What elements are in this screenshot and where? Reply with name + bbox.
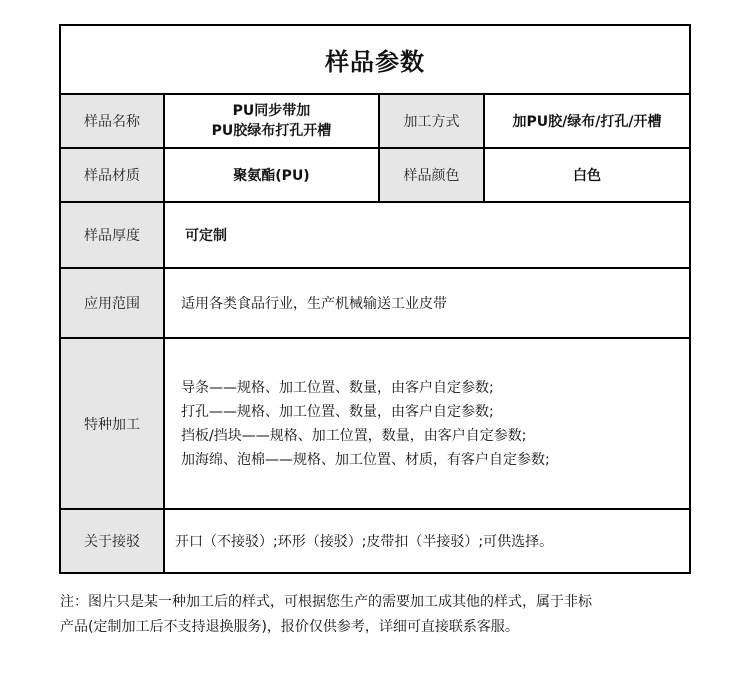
special-processing-line: 挡板/挡块——规格、加工位置，数量，由客户自定参数; — [181, 424, 526, 448]
value-sample-name-line2: PU胶绿布打孔开槽 — [212, 121, 332, 141]
table-title: 样品参数 — [61, 26, 689, 93]
divider — [163, 95, 165, 572]
value-sample-color: 白色 — [485, 149, 689, 201]
note-line2: 产品(定制加工后不支持退换服务)，报价仅供参考，详细可直接联系客服。 — [60, 615, 700, 640]
label-processing-method: 加工方式 — [380, 95, 483, 147]
sample-parameters-table: 样品参数 样品名称 PU同步带加 PU胶绿布打孔开槽 加工方式 加PU胶/绿布/… — [59, 24, 691, 574]
label-sample-thickness: 样品厚度 — [61, 203, 163, 267]
value-joint: 开口（不接驳）;环形（接驳）;皮带扣（半接驳）;可供选择。 — [165, 510, 689, 572]
label-sample-name: 样品名称 — [61, 95, 163, 147]
disclaimer-note: 注：图片只是某一种加工后的样式，可根据您生产的需要加工成其他的样式，属于非标 产… — [60, 590, 700, 640]
value-processing-method: 加PU胶/绿布/打孔/开槽 — [485, 95, 689, 147]
value-special-processing: 导条——规格、加工位置、数量，由客户自定参数; 打孔——规格、加工位置、数量，由… — [165, 339, 689, 508]
value-sample-thickness: 可定制 — [165, 203, 689, 267]
label-sample-material: 样品材质 — [61, 149, 163, 201]
special-processing-line: 打孔——规格、加工位置、数量，由客户自定参数; — [181, 400, 494, 424]
divider — [483, 95, 485, 201]
note-line1: 注：图片只是某一种加工后的样式，可根据您生产的需要加工成其他的样式，属于非标 — [60, 590, 700, 615]
label-application-scope: 应用范围 — [61, 269, 163, 337]
value-application-scope: 适用各类食品行业，生产机械输送工业皮带 — [165, 269, 689, 337]
special-processing-line: 加海绵、泡棉——规格、加工位置、材质，有客户自定参数; — [181, 448, 550, 472]
value-sample-name-line1: PU同步带加 — [233, 101, 311, 121]
label-special-processing: 特种加工 — [61, 339, 163, 508]
label-sample-color: 样品颜色 — [380, 149, 483, 201]
value-sample-name: PU同步带加 PU胶绿布打孔开槽 — [165, 95, 378, 147]
divider — [378, 95, 380, 201]
value-sample-material: 聚氨酯(PU) — [165, 149, 378, 201]
label-joint: 关于接驳 — [61, 510, 163, 572]
special-processing-line: 导条——规格、加工位置、数量，由客户自定参数; — [181, 376, 494, 400]
